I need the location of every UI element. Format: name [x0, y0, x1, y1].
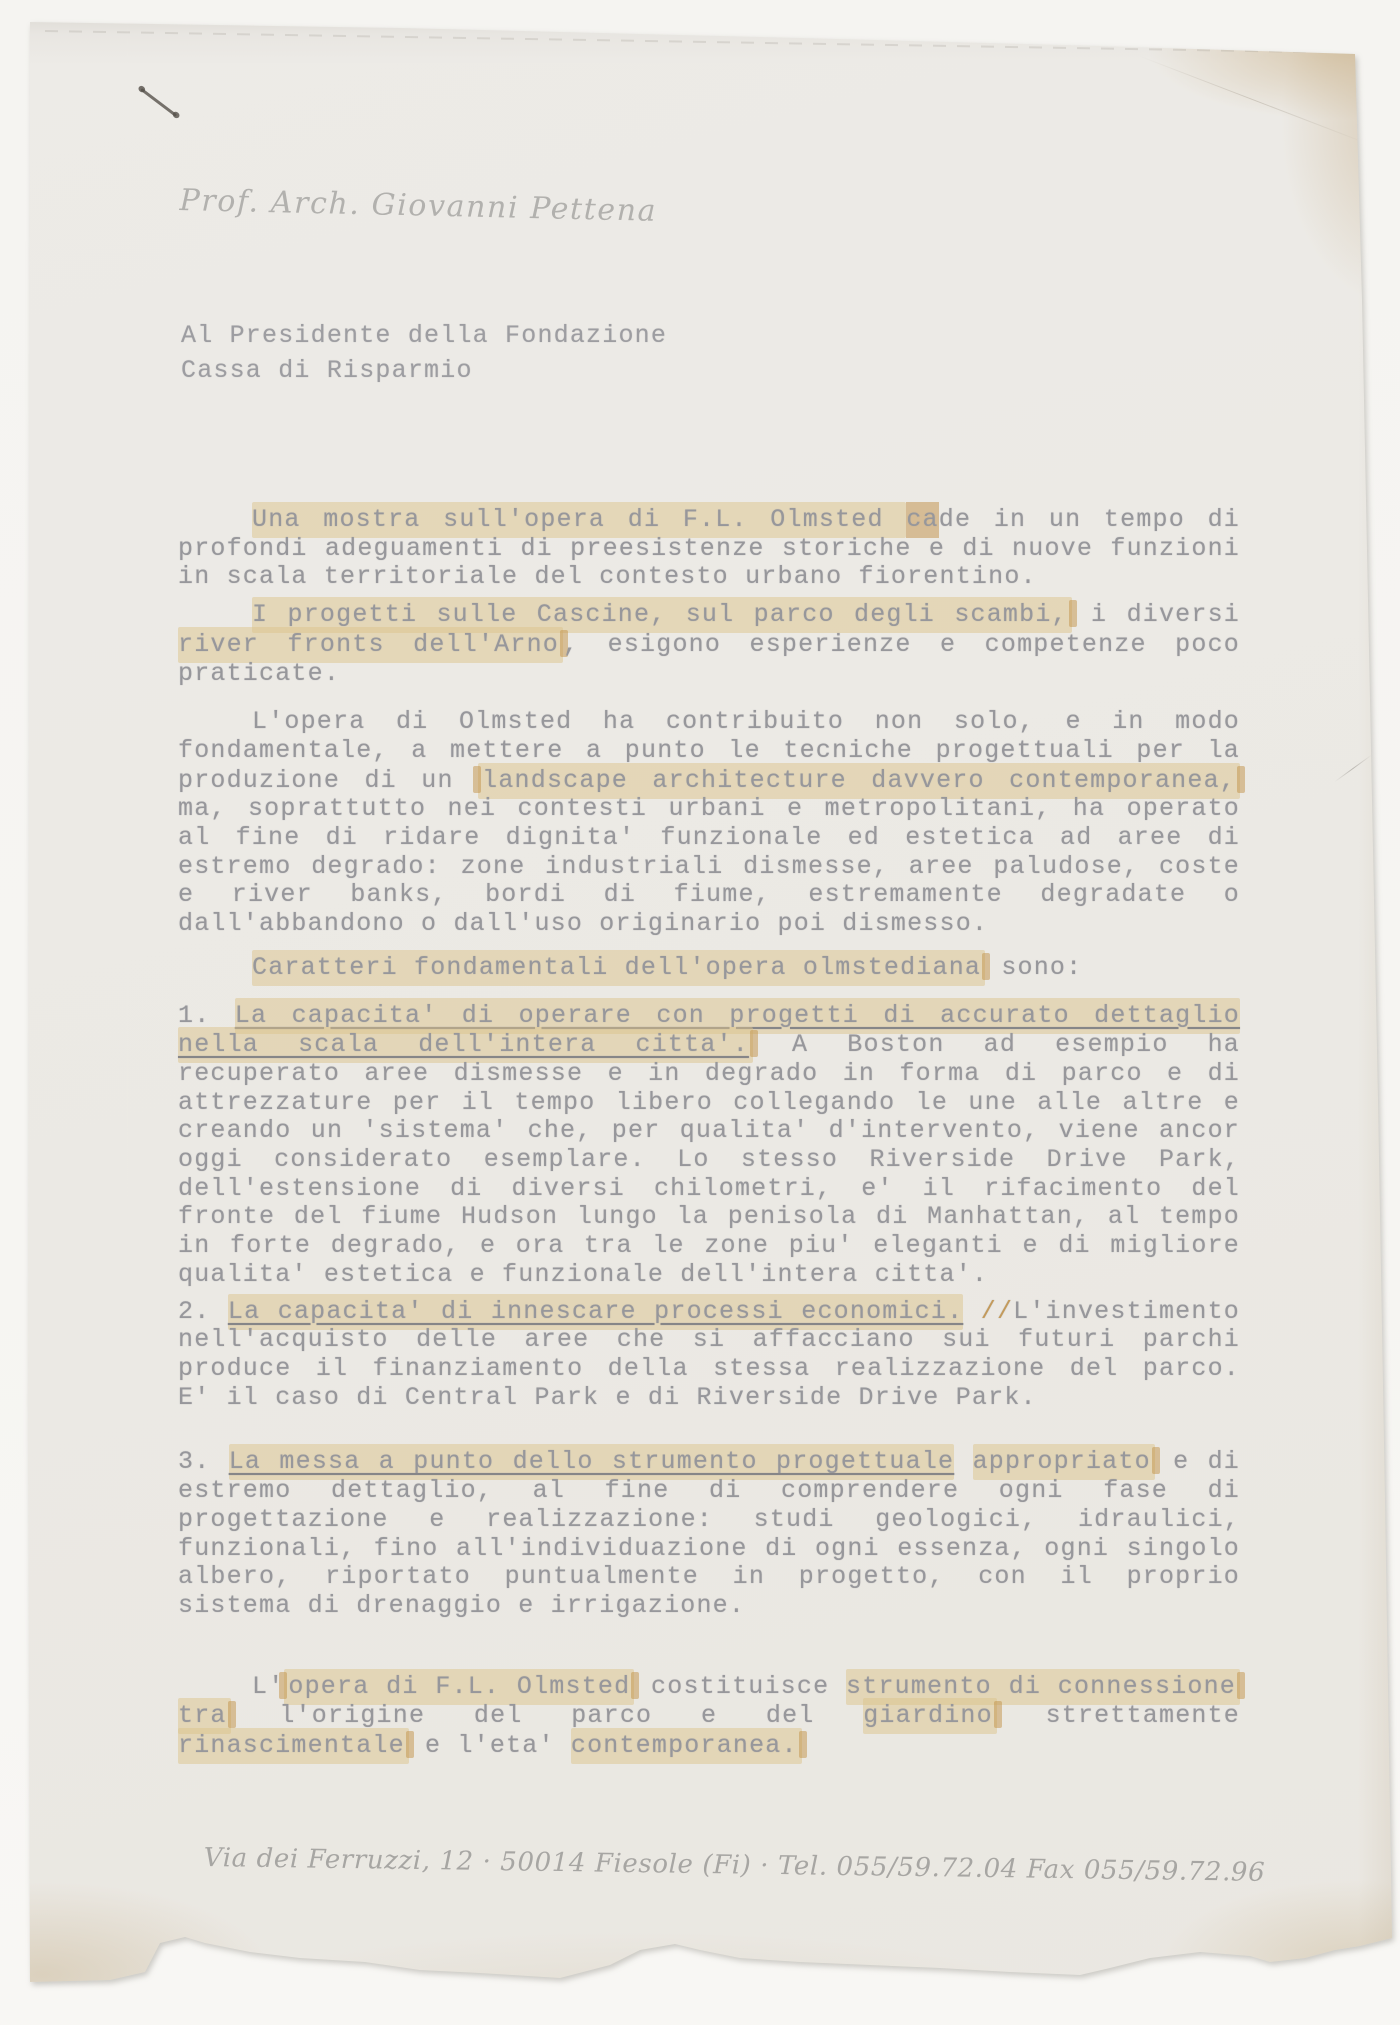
text-line: al fine di ridare dignita' funzionale ed…: [178, 824, 1240, 853]
paragraph: L'opera di F.L. Olmsted costituisce stru…: [178, 1672, 1240, 1761]
text-segment: landscape architecture davvero contempor…: [478, 763, 1240, 799]
text-segment: l'origine del parco e del: [231, 1701, 864, 1730]
text-segment: appropriato: [973, 1444, 1155, 1480]
text-segment: dall'abbandono o dall'uso originario poi…: [178, 909, 988, 938]
text-segment: //: [981, 1297, 1013, 1326]
text-line: 3. La messa a punto dello strumento prog…: [178, 1447, 1240, 1477]
text-line: E' il caso di Central Park e di Riversid…: [178, 1384, 1240, 1413]
text-line: 1. La capacita' di operare con progetti …: [178, 1002, 1240, 1031]
text-line: 2. La capacita' di innescare processi ec…: [178, 1298, 1240, 1327]
paragraph: I progetti sulle Cascine, sul parco degl…: [178, 600, 1240, 688]
paper-crease-top-right: [1138, 55, 1372, 146]
text-line: funzionali, fino all'individuazione di o…: [178, 1535, 1240, 1564]
text-segment: in scala territoriale del contesto urban…: [178, 562, 1037, 591]
text-line: dall'abbandono o dall'uso originario poi…: [178, 910, 1240, 939]
text-segment: giardino: [863, 1698, 997, 1734]
text-line: Una mostra sull'opera di F.L. Olmsted ca…: [178, 506, 1240, 535]
text-segment: de in un tempo di: [939, 505, 1240, 534]
text-segment: ca: [906, 502, 938, 538]
text-segment: L'investimento: [1013, 1297, 1240, 1326]
paragraph: Una mostra sull'opera di F.L. Olmsted ca…: [178, 506, 1240, 592]
text-line: dell'estensione di diversi chilometri, e…: [178, 1175, 1240, 1204]
text-line: river fronts dell'Arno, esigono esperien…: [178, 630, 1240, 660]
text-segment: river fronts dell'Arno: [178, 627, 563, 663]
text-segment: A Boston ad esempio ha: [753, 1030, 1240, 1059]
text-line: progettazione e realizzazione: studi geo…: [178, 1506, 1240, 1535]
text-segment: creando un 'sistema' che, per qualita' d…: [178, 1116, 1240, 1145]
text-segment: progettazione e realizzazione: studi geo…: [178, 1505, 1240, 1534]
text-segment: fronte del fiume Hudson lungo la penisol…: [178, 1202, 1240, 1231]
text-segment: attrezzature per il tempo libero collega…: [178, 1088, 1240, 1117]
text-segment: funzionali, fino all'individuazione di o…: [178, 1534, 1240, 1563]
text-line: produce il finanziamento della stessa re…: [178, 1355, 1240, 1384]
text-line: Caratteri fondamentali dell'opera olmste…: [178, 953, 1240, 983]
text-line: tra l'origine del parco e del giardino s…: [178, 1701, 1240, 1731]
text-segment: L'opera di Olmsted ha contribuito non so…: [252, 707, 1240, 736]
text-line: rinascimentale e l'eta' contemporanea.: [178, 1731, 1240, 1761]
text-line: e river banks, bordi di fiume, estremame…: [178, 881, 1240, 910]
text-line: praticate.: [178, 660, 1240, 689]
text-segment: e river banks, bordi di fiume, estremame…: [178, 880, 1240, 909]
text-segment: costituisce: [634, 1672, 846, 1701]
text-segment: 3.: [178, 1447, 229, 1476]
text-segment: fondamentale, a mettere a punto le tecni…: [178, 736, 1240, 765]
text-line: in forte degrado, e ora tra le zone piu'…: [178, 1232, 1240, 1261]
text-line: qualita' estetica e funzionale dell'inte…: [178, 1261, 1240, 1290]
paper-crease-right-edge: [1334, 755, 1372, 783]
text-segment: produce il finanziamento della stessa re…: [178, 1354, 1240, 1383]
addressee-line-1: Al Presidente della Fondazione: [181, 318, 667, 353]
text-line: nella scala dell'intera citta'. A Boston…: [178, 1030, 1240, 1060]
paragraph: Caratteri fondamentali dell'opera olmste…: [178, 953, 1240, 983]
text-segment: nell'acquisto delle aree che si affaccia…: [178, 1325, 1240, 1354]
text-line: creando un 'sistema' che, per qualita' d…: [178, 1117, 1240, 1146]
text-segment: praticate.: [178, 659, 340, 688]
text-line: recuperato aree dismesse e in degrado in…: [178, 1060, 1240, 1089]
text-line: I progetti sulle Cascine, sul parco degl…: [178, 600, 1240, 630]
text-segment: qualita' estetica e funzionale dell'inte…: [178, 1260, 988, 1289]
text-segment: [963, 1297, 980, 1326]
text-segment: E' il caso di Central Park e di Riversid…: [178, 1383, 1037, 1412]
paragraph: 1. La capacita' di operare con progetti …: [178, 1002, 1240, 1290]
letterhead-footer-address: Via dei Ferruzzi, 12 · 50014 Fiesole (Fi…: [204, 1843, 1266, 1888]
text-line: oggi considerato esemplare. Lo stesso Ri…: [178, 1146, 1240, 1175]
letter-body: Una mostra sull'opera di F.L. Olmsted ca…: [178, 506, 1240, 1761]
text-line: fronte del fiume Hudson lungo la penisol…: [178, 1203, 1240, 1232]
text-segment: estremo dettaglio, al fine di comprender…: [178, 1476, 1240, 1505]
text-segment: nella scala dell'intera citta'.: [178, 1027, 753, 1063]
text-segment: 1.: [178, 1001, 235, 1030]
text-line: in scala territoriale del contesto urban…: [178, 563, 1240, 592]
text-segment: 2.: [178, 1297, 228, 1326]
text-segment: La capacita' di innescare processi econo…: [228, 1294, 963, 1330]
addressee-line-2: Cassa di Risparmio: [181, 353, 667, 388]
text-segment: i diversi: [1072, 600, 1240, 629]
text-segment: , esigono esperienze e competenze poco: [563, 630, 1240, 659]
text-segment: opera di F.L. Olmsted: [284, 1669, 634, 1705]
text-line: profondi adeguamenti di preesistenze sto…: [178, 535, 1240, 564]
text-line: nell'acquisto delle aree che si affaccia…: [178, 1326, 1240, 1355]
paragraph: L'opera di Olmsted ha contribuito non so…: [178, 708, 1240, 939]
text-segment: Caratteri fondamentali dell'opera olmste…: [252, 950, 985, 986]
text-segment: sistema di drenaggio e irrigazione.: [178, 1591, 745, 1620]
text-line: attrezzature per il tempo libero collega…: [178, 1089, 1240, 1118]
text-segment: estremo degrado: zone industriali dismes…: [178, 852, 1240, 881]
paragraph: 2. La capacita' di innescare processi ec…: [178, 1298, 1240, 1413]
text-segment: Una mostra sull'opera di F.L. Olmsted: [252, 502, 906, 538]
letter-paper: Prof. Arch. Giovanni Pettena Al Presiden…: [0, 0, 1400, 2025]
text-segment: al fine di ridare dignita' funzionale ed…: [178, 823, 1240, 852]
paper-shadow: Prof. Arch. Giovanni Pettena Al Presiden…: [0, 0, 1400, 2025]
text-line: estremo dettaglio, al fine di comprender…: [178, 1477, 1240, 1506]
text-line: L'opera di F.L. Olmsted costituisce stru…: [178, 1672, 1240, 1702]
text-segment: contemporanea.: [571, 1728, 802, 1764]
text-segment: dell'estensione di diversi chilometri, e…: [178, 1174, 1240, 1203]
text-line: ma, soprattutto nei contesti urbani e me…: [178, 795, 1240, 824]
perforation-line: [45, 30, 1315, 53]
text-line: fondamentale, a mettere a punto le tecni…: [178, 737, 1240, 766]
text-segment: strettamente: [997, 1701, 1240, 1730]
staple-mark: [140, 88, 177, 117]
text-segment: profondi adeguamenti di preesistenze sto…: [178, 534, 1240, 563]
text-segment: e l'eta': [409, 1731, 571, 1760]
text-segment: ma, soprattutto nei contesti urbani e me…: [178, 794, 1240, 823]
text-line: sistema di drenaggio e irrigazione.: [178, 1592, 1240, 1621]
text-line: L'opera di Olmsted ha contribuito non so…: [178, 708, 1240, 737]
text-segment: sono:: [985, 953, 1082, 982]
text-line: albero, riportato puntualmente in proget…: [178, 1563, 1240, 1592]
text-segment: albero, riportato puntualmente in proget…: [178, 1562, 1240, 1591]
text-segment: recuperato aree dismesse e in degrado in…: [178, 1059, 1240, 1088]
letterhead-name: Prof. Arch. Giovanni Pettena: [179, 183, 657, 229]
text-segment: [954, 1447, 972, 1476]
text-segment: rinascimentale: [178, 1728, 409, 1764]
addressee-block: Al Presidente della Fondazione Cassa di …: [181, 318, 667, 388]
paragraph: 3. La messa a punto dello strumento prog…: [178, 1447, 1240, 1620]
text-segment: in forte degrado, e ora tra le zone piu'…: [178, 1231, 1240, 1260]
text-line: produzione di un landscape architecture …: [178, 766, 1240, 796]
scan-background: Prof. Arch. Giovanni Pettena Al Presiden…: [0, 0, 1400, 2025]
text-segment: produzione di un: [178, 766, 478, 795]
text-segment: oggi considerato esemplare. Lo stesso Ri…: [178, 1145, 1240, 1174]
text-segment: La messa a punto dello strumento progett…: [229, 1444, 955, 1480]
text-segment: e di: [1155, 1447, 1240, 1476]
text-line: estremo degrado: zone industriali dismes…: [178, 853, 1240, 882]
